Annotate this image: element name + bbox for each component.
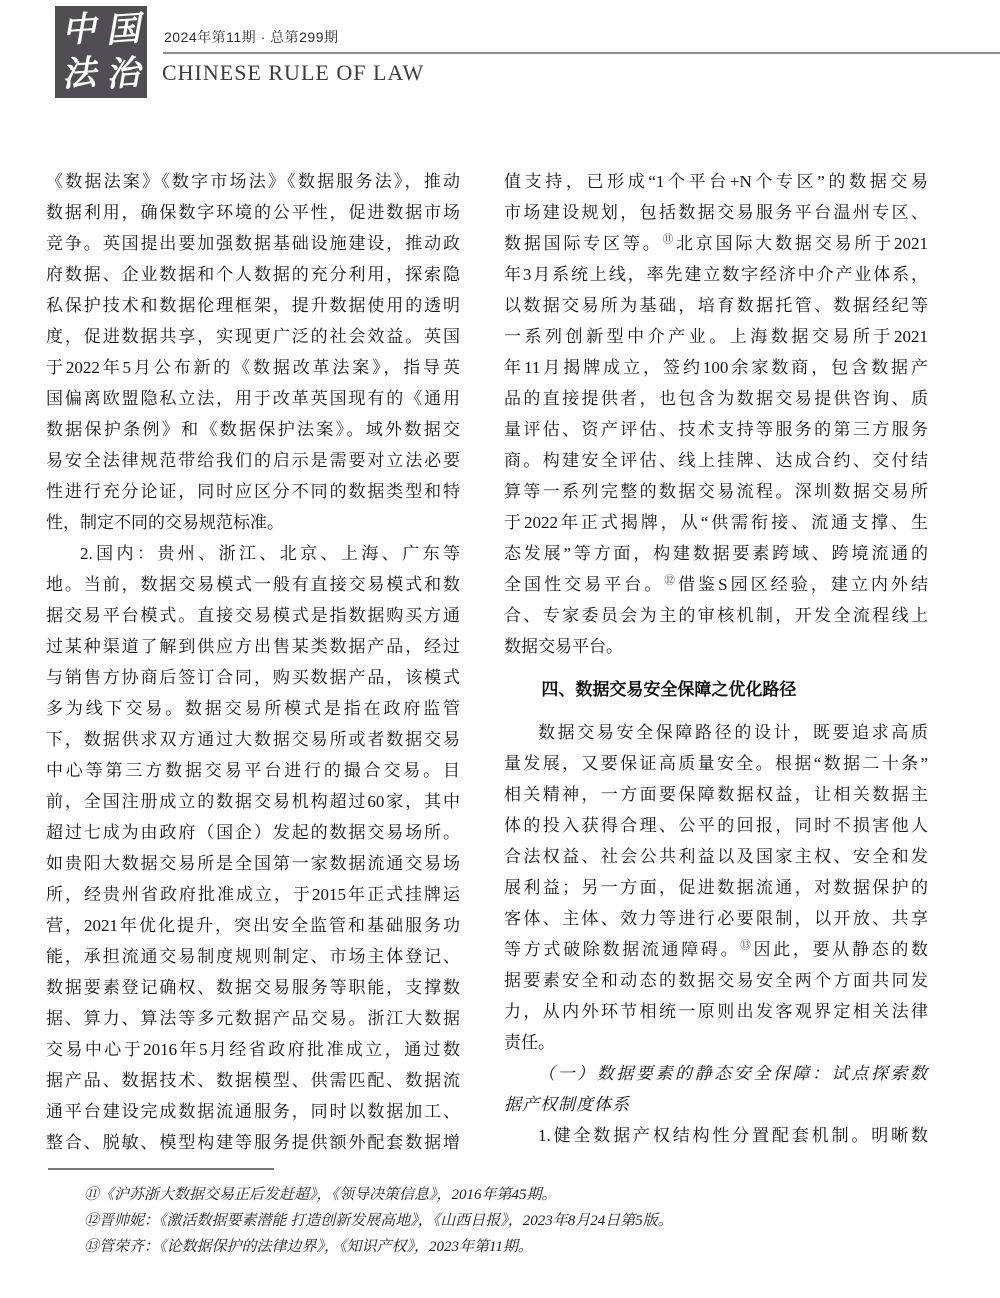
text-line: 竞争。英国提出要加强数据基础设施建设，推动政 xyxy=(46,228,460,259)
left-column: 《数据法案》《数字市场法》《数据服务法》，推动数据利用，确保数字环境的公平性，促… xyxy=(46,166,460,1158)
text-line: （一）数据要素的静态安全保障：试点探索数 xyxy=(504,1058,928,1089)
text-line: 通平台建设完成数据流通服务，同时以数据加工、 xyxy=(46,1096,460,1127)
text-line: 据产品、数据技术、数据模型、供需匹配、数据流 xyxy=(46,1065,460,1096)
text-line: 市场建设规划，包括数据交易服务平台温州专区、 xyxy=(504,197,928,228)
text-line: 算等一系列完整的数据交易流程。深圳数据交易所 xyxy=(504,476,928,507)
footnote: ⑬管荣齐：《论数据保护的法律边界》，《知识产权》，2023年第11期。 xyxy=(46,1234,936,1260)
text-line: 整合、脱敏、模型构建等服务提供额外配套数据增 xyxy=(46,1127,460,1158)
text-line: 地。当前，数据交易模式一般有直接交易模式和数 xyxy=(46,569,460,600)
text-line: 据要素安全和动态的数据交易安全两个方面共同发 xyxy=(504,965,928,996)
text-line: 性，制定不同的交易规范标准。 xyxy=(46,507,460,538)
text-line: 多为线下交易。数据交易所模式是指在政府监管 xyxy=(46,693,460,724)
footnote: ⑫晋帅妮：《激活数据要素潜能 打造创新发展高地》，《山西日报》，2023年8月2… xyxy=(46,1208,936,1234)
text-line: 值支持，已形成“1个平台+N个专区”的数据交易 xyxy=(504,166,928,197)
text-line: 全国性交易平台。⑫借鉴S园区经验，建立内外结 xyxy=(504,569,928,600)
text-line: 交易中心于2016年5月经省政府批准成立，通过数 xyxy=(46,1034,460,1065)
text-line: 过某种渠道了解到供应方出售某类数据产品，经过 xyxy=(46,631,460,662)
text-line: 超过七成为由政府（国企）发起的数据交易场所。 xyxy=(46,817,460,848)
text-line: 1.健全数据产权结构性分置配套机制。明晰数 xyxy=(504,1120,928,1151)
text-line: 性进行充分论证，同时应区分不同的数据类型和特 xyxy=(46,476,460,507)
right-column: 值支持，已形成“1个平台+N个专区”的数据交易市场建设规划，包括数据交易服务平台… xyxy=(504,166,928,1158)
issue-info: 2024年第11期 · 总第299期 xyxy=(164,27,338,47)
journal-header: 中国法治 2024年第11期 · 总第299期 CHINESE RULE OF … xyxy=(0,0,1000,140)
text-line: 营，2021年优化提升，突出安全监管和基础服务功 xyxy=(46,910,460,941)
journal-title-en: CHINESE RULE OF LAW xyxy=(162,60,424,86)
text-line: 态发展”等方面，构建数据要素跨域、跨境流通的 xyxy=(504,538,928,569)
text-line: 量发展，又要保证高质量安全。根据“数据二十条” xyxy=(504,748,928,779)
text-line: 力，从内外环节相统一原则出发客观界定相关法律 xyxy=(504,996,928,1027)
logo-char: 国 xyxy=(100,7,147,54)
logo-char: 法 xyxy=(56,51,103,98)
text-line: 年3月系统上线，率先建立数字经济中介产业体系， xyxy=(504,259,928,290)
text-line: 一系列创新型中介产业。上海数据交易所于2021 xyxy=(504,321,928,352)
text-line: 据产权制度体系 xyxy=(504,1089,928,1120)
text-line: 数据国际专区等。⑪北京国际大数据交易所于2021 xyxy=(504,228,928,259)
text-line: 责任。 xyxy=(504,1027,928,1058)
section-heading: 四、数据交易安全保障之优化路径 xyxy=(504,674,928,705)
text-line: 数据交易安全保障路径的设计，既要追求高质 xyxy=(504,717,928,748)
journal-page: { "header": { "logo": { "chars": ["中", "… xyxy=(0,0,1000,1298)
text-line: 下，数据供求双方通过大数据交易所或者数据交易 xyxy=(46,724,460,755)
text-line: 中心等第三方数据交易平台进行的撮合交易。目 xyxy=(46,755,460,786)
header-rule xyxy=(163,52,1000,54)
text-line: 数据保护条例》和《数据保护法案》。域外数据交 xyxy=(46,414,460,445)
text-line: 如贵阳大数据交易所是全国第一家数据流通交易场 xyxy=(46,848,460,879)
text-line: 与销售方协商后签订合同，购买数据产品，该模式 xyxy=(46,662,460,693)
text-line: 展利益；另一方面，促进数据流通，对数据保护的 xyxy=(504,872,928,903)
text-line: 易安全法律规范带给我们的启示是需要对立法必要 xyxy=(46,445,460,476)
footnote-separator xyxy=(48,1168,274,1170)
text-line: 商。构建安全评估、线上挂牌、达成合约、交付结 xyxy=(504,445,928,476)
text-line: 私保护技术和数据伦理框架，提升数据使用的透明 xyxy=(46,290,460,321)
text-line: 于2022年正式揭牌，从“供需衔接、流通支撑、生 xyxy=(504,507,928,538)
text-line: 前，全国注册成立的数据交易机构超过60家，其中 xyxy=(46,786,460,817)
text-line: 体的投入获得合理、公平的回报，同时不损害他人 xyxy=(504,810,928,841)
text-line: 据、算力、算法等多元数据产品交易。浙江大数据 xyxy=(46,1003,460,1034)
text-line: 数据利用，确保数字环境的公平性，促进数据市场 xyxy=(46,197,460,228)
footnotes-section: ⑪《沪苏浙大数据交易正后发赶超》，《领导决策信息》，2016年第45期。⑫晋帅妮… xyxy=(46,1168,936,1260)
text-line: 于2022年5月公布新的《数据改革法案》，指导英 xyxy=(46,352,460,383)
footnote-marker: ⑪ xyxy=(663,234,676,245)
text-line: 国偏离欧盟隐私立法，用于改革英国现有的《通用 xyxy=(46,383,460,414)
text-line: 2.国内：贵州、浙江、北京、上海、广东等 xyxy=(46,538,460,569)
footnote-marker: ⑫ xyxy=(664,575,678,586)
text-line: 据交易平台模式。直接交易模式是指数据购买方通 xyxy=(46,600,460,631)
text-line: 合法权益、社会公共利益以及国家主权、安全和发 xyxy=(504,841,928,872)
text-line: 量评估、资产评估、技术支持等服务的第三方服务 xyxy=(504,414,928,445)
text-line: 年11月揭牌成立，签约100余家数商，包含数据产 xyxy=(504,352,928,383)
text-line: 《数据法案》《数字市场法》《数据服务法》，推动 xyxy=(46,166,460,197)
text-line: 能，承担流通交易制度规则制定、市场主体登记、 xyxy=(46,941,460,972)
text-line: 客体、主体、效力等进行必要限制，以开放、共享 xyxy=(504,903,928,934)
text-line: 品的直接提供者，也包含为数据交易提供咨询、质 xyxy=(504,383,928,414)
footnote-marker: ⑬ xyxy=(740,940,753,951)
text-line: 数据交易平台。 xyxy=(504,631,928,662)
footnote: ⑪《沪苏浙大数据交易正后发赶超》，《领导决策信息》，2016年第45期。 xyxy=(46,1182,936,1208)
text-line: 府数据、企业数据和个人数据的充分利用，探索隐 xyxy=(46,259,460,290)
text-line: 合、专家委员会为主的审核机制，开发全流程线上 xyxy=(504,600,928,631)
article-columns: 《数据法案》《数字市场法》《数据服务法》，推动数据利用，确保数字环境的公平性，促… xyxy=(46,166,928,1158)
journal-logo: 中国法治 xyxy=(55,6,147,98)
text-line: 度，促进数据共享，实现更广泛的社会效益。英国 xyxy=(46,321,460,352)
text-line: 所，经贵州省政府批准成立，于2015年正式挂牌运 xyxy=(46,879,460,910)
logo-char: 中 xyxy=(56,7,103,54)
text-line: 等方式破除数据流通障碍。⑬因此，要从静态的数 xyxy=(504,934,928,965)
logo-char: 治 xyxy=(100,51,147,98)
text-line: 以数据交易所为基础，培育数据托管、数据经纪等 xyxy=(504,290,928,321)
footnote-list: ⑪《沪苏浙大数据交易正后发赶超》，《领导决策信息》，2016年第45期。⑫晋帅妮… xyxy=(46,1182,936,1260)
text-line: 相关精神，一方面要保障数据权益，让相关数据主 xyxy=(504,779,928,810)
text-line: 数据要素登记确权、数据交易服务等职能，支撑数 xyxy=(46,972,460,1003)
